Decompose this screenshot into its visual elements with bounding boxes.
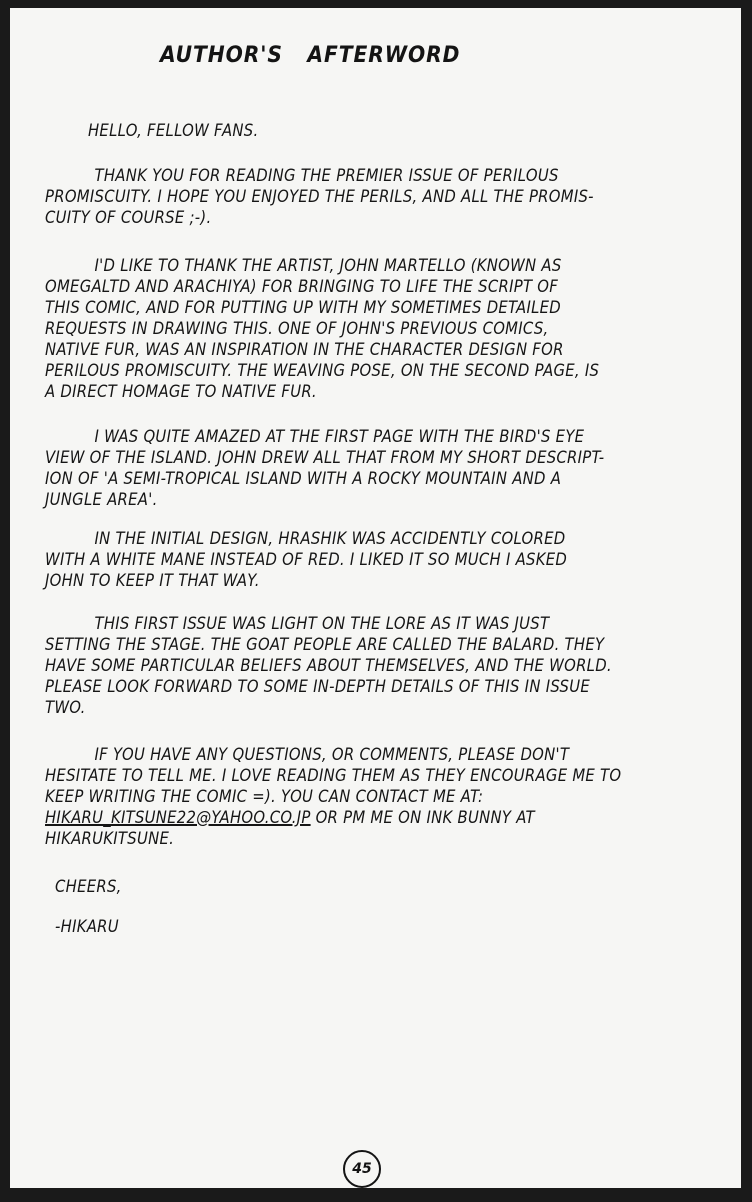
paragraph-thanks: THANK YOU FOR READING THE PREMIER ISSUE … bbox=[45, 165, 666, 228]
closing: CHEERS, bbox=[55, 876, 676, 897]
page-number: 45 bbox=[343, 1150, 381, 1188]
paragraph-design: IN THE INITIAL DESIGN, HRASHIK WAS ACCID… bbox=[45, 528, 666, 591]
email-link[interactable]: HIKARU_KITSUNE22@YAHOO.CO.JP bbox=[45, 808, 311, 827]
greeting: HELLO, FELLOW FANS. bbox=[88, 120, 709, 141]
paragraph-first-page: I WAS QUITE AMAZED AT THE FIRST PAGE WIT… bbox=[45, 426, 666, 510]
paragraph-contact: IF YOU HAVE ANY QUESTIONS, OR COMMENTS, … bbox=[45, 744, 666, 849]
paragraph-lore: THIS FIRST ISSUE WAS LIGHT ON THE LORE A… bbox=[45, 613, 666, 718]
comic-page: AUTHOR'S AFTERWORD HELLO, FELLOW FANS. T… bbox=[10, 8, 741, 1188]
paragraph-artist: I'D LIKE TO THANK THE ARTIST, JOHN MARTE… bbox=[45, 255, 666, 402]
signature: -HIKARU bbox=[55, 916, 676, 937]
page-title: AUTHOR'S AFTERWORD bbox=[160, 43, 460, 68]
contact-text: IF YOU HAVE ANY QUESTIONS, OR COMMENTS, … bbox=[45, 745, 621, 806]
